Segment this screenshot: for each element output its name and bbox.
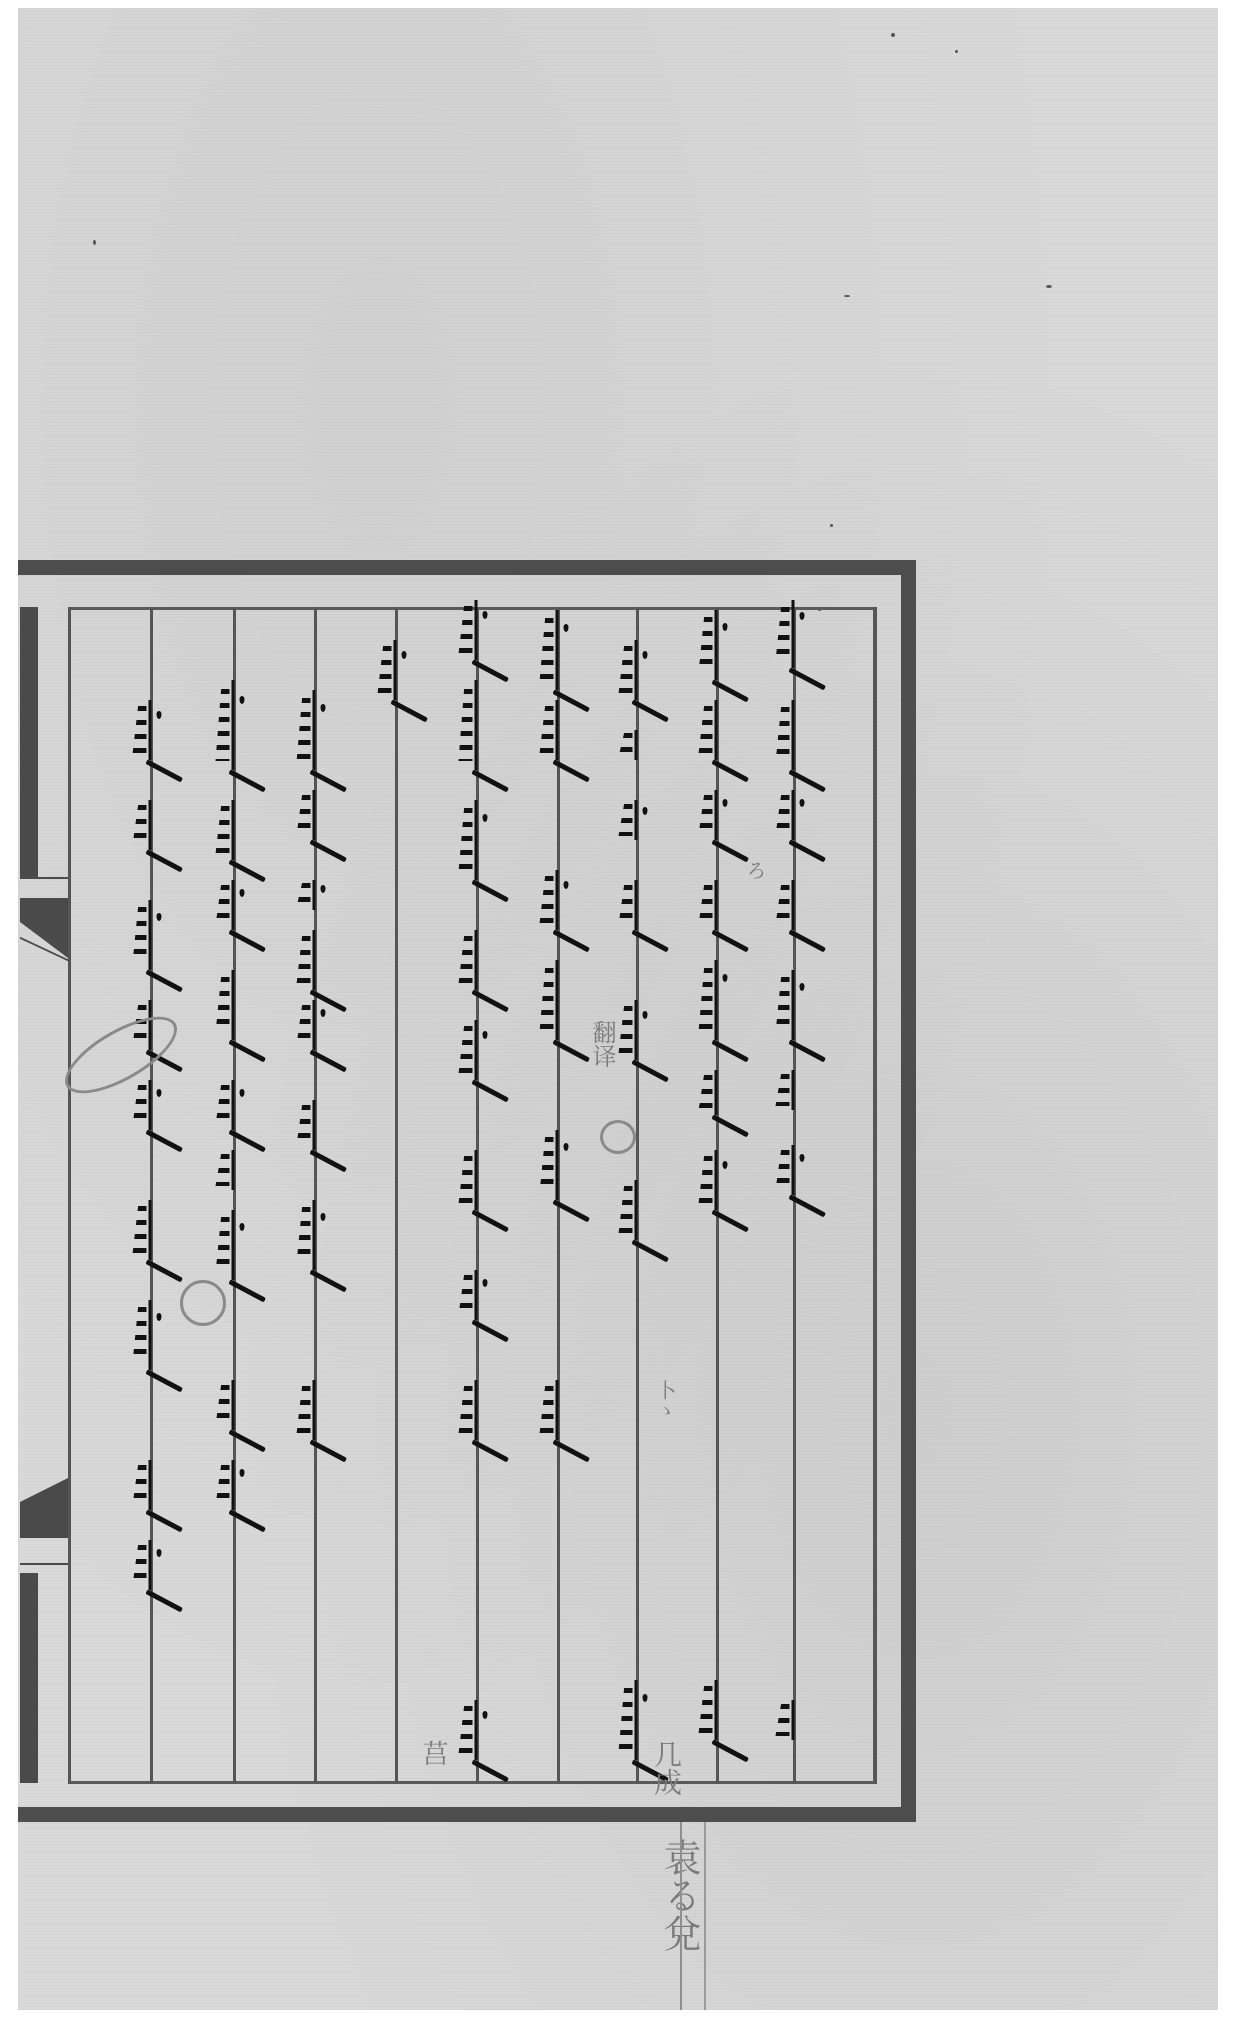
manchu-word: [313, 790, 316, 840]
manuscript-page: ろ 翻译 卜ゝ 几成 莒 袁る兌: [18, 8, 1218, 2010]
manchu-word: [635, 730, 638, 760]
manchu-word: [475, 1380, 478, 1440]
manchu-word: [635, 880, 638, 930]
diacritic-dot: [157, 913, 162, 921]
text-column: [436, 8, 516, 2010]
diacritic-dot: [643, 807, 648, 815]
diacritic-dot: [402, 651, 407, 659]
diacritic-dot: [240, 889, 245, 897]
manchu-word: [715, 960, 718, 1040]
text-column: [517, 8, 597, 2010]
manchu-word: [313, 690, 316, 770]
paper-speck: [93, 240, 96, 245]
paper-speck: [1046, 285, 1052, 288]
manchu-word: [715, 880, 718, 930]
manchu-word: [232, 680, 235, 770]
manchu-word: [313, 1000, 316, 1050]
manchu-word: [232, 1210, 235, 1280]
manchu-word: [556, 700, 559, 760]
diacritic-dot: [723, 799, 728, 807]
diacritic-dot: [800, 612, 805, 620]
manchu-word: [715, 790, 718, 840]
manchu-word: [556, 960, 559, 1040]
manchu-word: [475, 680, 478, 770]
manchu-word: [556, 610, 559, 690]
manchu-word: [149, 1540, 152, 1590]
manchu-word: [556, 1380, 559, 1440]
manchu-word: [715, 1070, 718, 1115]
manchu-word: [232, 1460, 235, 1510]
manchu-word: [232, 1080, 235, 1130]
manchu-word: [556, 1130, 559, 1200]
diacritic-dot: [800, 799, 805, 807]
diacritic-dot: [157, 711, 162, 719]
manchu-word: [313, 1380, 316, 1440]
manchu-word: [792, 1700, 795, 1740]
manchu-word: [394, 640, 397, 700]
manchu-word: [149, 900, 152, 970]
manchu-word: [313, 880, 316, 910]
diacritic-dot: [483, 611, 488, 619]
manchu-word: [232, 1380, 235, 1430]
spine-block: [20, 607, 38, 877]
manchu-word: [715, 610, 718, 680]
diacritic-dot: [240, 1223, 245, 1231]
manchu-word: [792, 700, 795, 770]
diacritic-dot: [240, 1469, 245, 1477]
diacritic-dot: [643, 1694, 648, 1702]
manchu-word: [475, 1700, 478, 1760]
manchu-word: [715, 1150, 718, 1210]
diacritic-dot: [564, 624, 569, 632]
pencil-annotation: ろ: [745, 860, 765, 880]
manchu-word: [635, 800, 638, 840]
manchu-word: [149, 1460, 152, 1510]
diacritic-dot: [483, 1711, 488, 1719]
pencil-margin-strip: [680, 1822, 706, 2010]
manchu-word: [792, 970, 795, 1040]
manchu-word: [232, 1150, 235, 1190]
diacritic-dot: [321, 1213, 326, 1221]
diacritic-dot: [564, 1143, 569, 1151]
manchu-word: [149, 1200, 152, 1260]
diacritic-dot: [564, 881, 569, 889]
pencil-loop: [180, 1280, 226, 1326]
manchu-word: [475, 930, 478, 990]
spine-rule: [20, 1563, 68, 1565]
manchu-word: [475, 1020, 478, 1080]
pencil-annotation: 莒: [420, 1740, 446, 1766]
diacritic-dot: [643, 1011, 648, 1019]
diacritic-dot: [157, 1549, 162, 1557]
pencil-annotation: 卜ゝ: [655, 1380, 675, 1420]
text-column: [753, 8, 833, 2010]
pencil-loop: [600, 1120, 636, 1154]
diacritic-dot: [157, 1089, 162, 1097]
diacritic-dot: [723, 1161, 728, 1169]
diacritic-dot: [157, 1313, 162, 1321]
text-column: [193, 8, 273, 2010]
manchu-word: [635, 1680, 638, 1760]
manchu-word: [715, 1680, 718, 1740]
manchu-word: [475, 1270, 478, 1320]
manchu-word: [232, 970, 235, 1040]
manchu-word: [475, 800, 478, 880]
text-column: [110, 8, 190, 2010]
diacritic-dot: [800, 983, 805, 991]
manchu-word: [232, 800, 235, 860]
pencil-annotation: 翻译: [590, 1020, 614, 1068]
column-ruling: [68, 607, 71, 1784]
manchu-word: [475, 1150, 478, 1210]
text-column: [355, 8, 435, 2010]
manchu-word: [313, 1200, 316, 1270]
spine-rule: [20, 877, 68, 879]
diacritic-dot: [240, 696, 245, 704]
manchu-word: [635, 640, 638, 700]
spine-block: [20, 1573, 38, 1783]
column-ruling: [874, 607, 877, 1784]
diacritic-dot: [643, 651, 648, 659]
manchu-word: [792, 880, 795, 930]
paper-speck: [891, 33, 895, 37]
manchu-word: [556, 870, 559, 930]
manchu-word: [635, 1000, 638, 1060]
manchu-word: [313, 930, 316, 990]
manchu-word: [232, 880, 235, 930]
diacritic-dot: [723, 974, 728, 982]
manchu-word: [635, 1180, 638, 1240]
manchu-word: [792, 600, 795, 668]
pencil-annotation: 几成: [652, 1740, 680, 1796]
paper-speck: [844, 295, 850, 297]
diacritic-dot: [321, 1009, 326, 1017]
manchu-word: [149, 700, 152, 760]
manchu-word: [792, 790, 795, 840]
diacritic-dot: [321, 885, 326, 893]
text-column: [676, 8, 756, 2010]
diacritic-dot: [483, 1031, 488, 1039]
manchu-word: [792, 1145, 795, 1195]
paper-speck: [955, 50, 958, 53]
diacritic-dot: [240, 1089, 245, 1097]
manchu-word: [792, 1070, 795, 1110]
text-column: [596, 8, 676, 2010]
diacritic-dot: [483, 814, 488, 822]
text-column: [274, 8, 354, 2010]
manchu-word: [715, 700, 718, 760]
manchu-word: [475, 600, 478, 660]
manchu-word: [149, 1300, 152, 1370]
manchu-word: [149, 1080, 152, 1130]
diacritic-dot: [321, 704, 326, 712]
manchu-word: [313, 1100, 316, 1150]
diacritic-dot: [483, 1279, 488, 1287]
manchu-word: [149, 800, 152, 850]
diacritic-dot: [800, 1154, 805, 1162]
diacritic-dot: [723, 623, 728, 631]
